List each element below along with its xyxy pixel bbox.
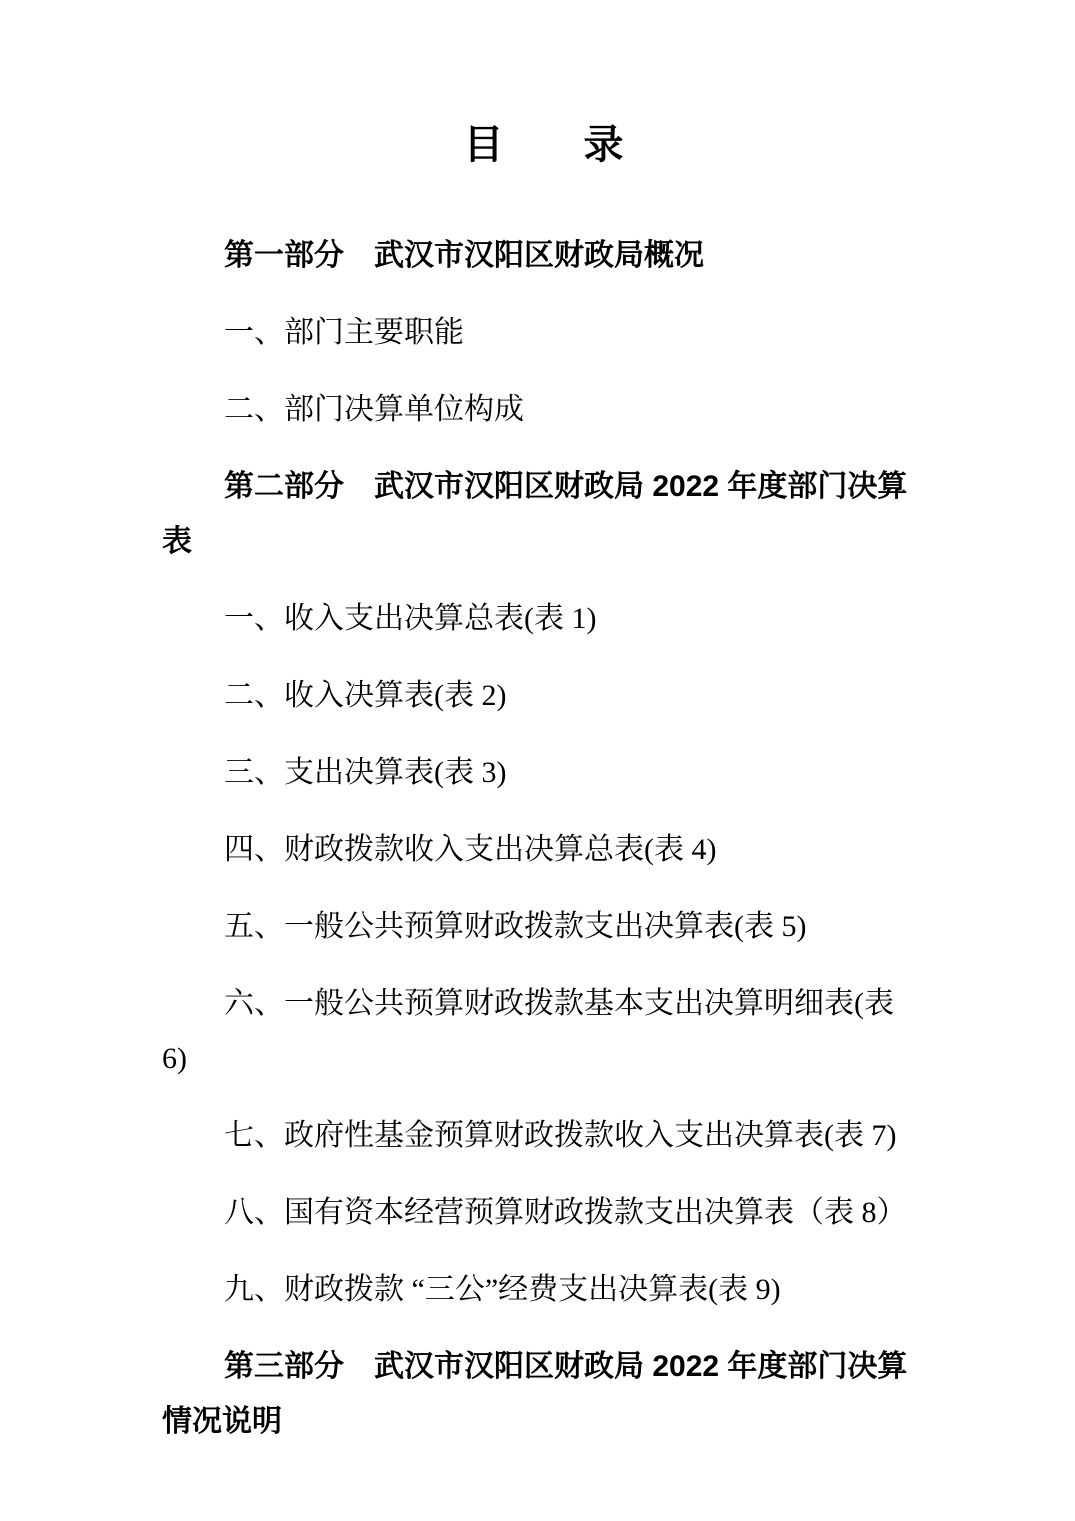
toc-part-2-heading: 第二部分 武汉市汉阳区财政局 2022 年度部门决算表	[162, 459, 925, 569]
toc-part2-item-9: 九、财政拨款 “三公”经费支出决算表(表 9)	[162, 1262, 925, 1317]
page-title: 目 录	[162, 118, 925, 172]
toc-part2-item-4: 四、财政拨款收入支出决算总表(表 4)	[162, 822, 925, 877]
toc-part-3-heading: 第三部分 武汉市汉阳区财政局 2022 年度部门决算情况说明	[162, 1339, 925, 1449]
toc-part1-item-1: 一、部门主要职能	[162, 305, 925, 360]
toc-part2-item-8: 八、国有资本经营预算财政拨款支出决算表（表 8）	[162, 1185, 925, 1240]
toc-part2-item-3: 三、支出决算表(表 3)	[162, 745, 925, 800]
toc-part-1-heading: 第一部分 武汉市汉阳区财政局概况	[162, 228, 925, 283]
toc-part2-item-1: 一、收入支出决算总表(表 1)	[162, 591, 925, 646]
toc-part2-item-5: 五、一般公共预算财政拨款支出决算表(表 5)	[162, 899, 925, 954]
toc-part1-item-2: 二、部门决算单位构成	[162, 382, 925, 437]
table-of-contents: 第一部分 武汉市汉阳区财政局概况 一、部门主要职能 二、部门决算单位构成 第二部…	[162, 228, 925, 1449]
document-page: 目 录 第一部分 武汉市汉阳区财政局概况 一、部门主要职能 二、部门决算单位构成…	[0, 0, 1075, 1521]
toc-part2-item-2: 二、收入决算表(表 2)	[162, 668, 925, 723]
toc-part2-item-7: 七、政府性基金预算财政拨款收入支出决算表(表 7)	[162, 1108, 925, 1163]
toc-part2-item-6: 六、一般公共预算财政拨款基本支出决算明细表(表 6)	[162, 976, 925, 1086]
